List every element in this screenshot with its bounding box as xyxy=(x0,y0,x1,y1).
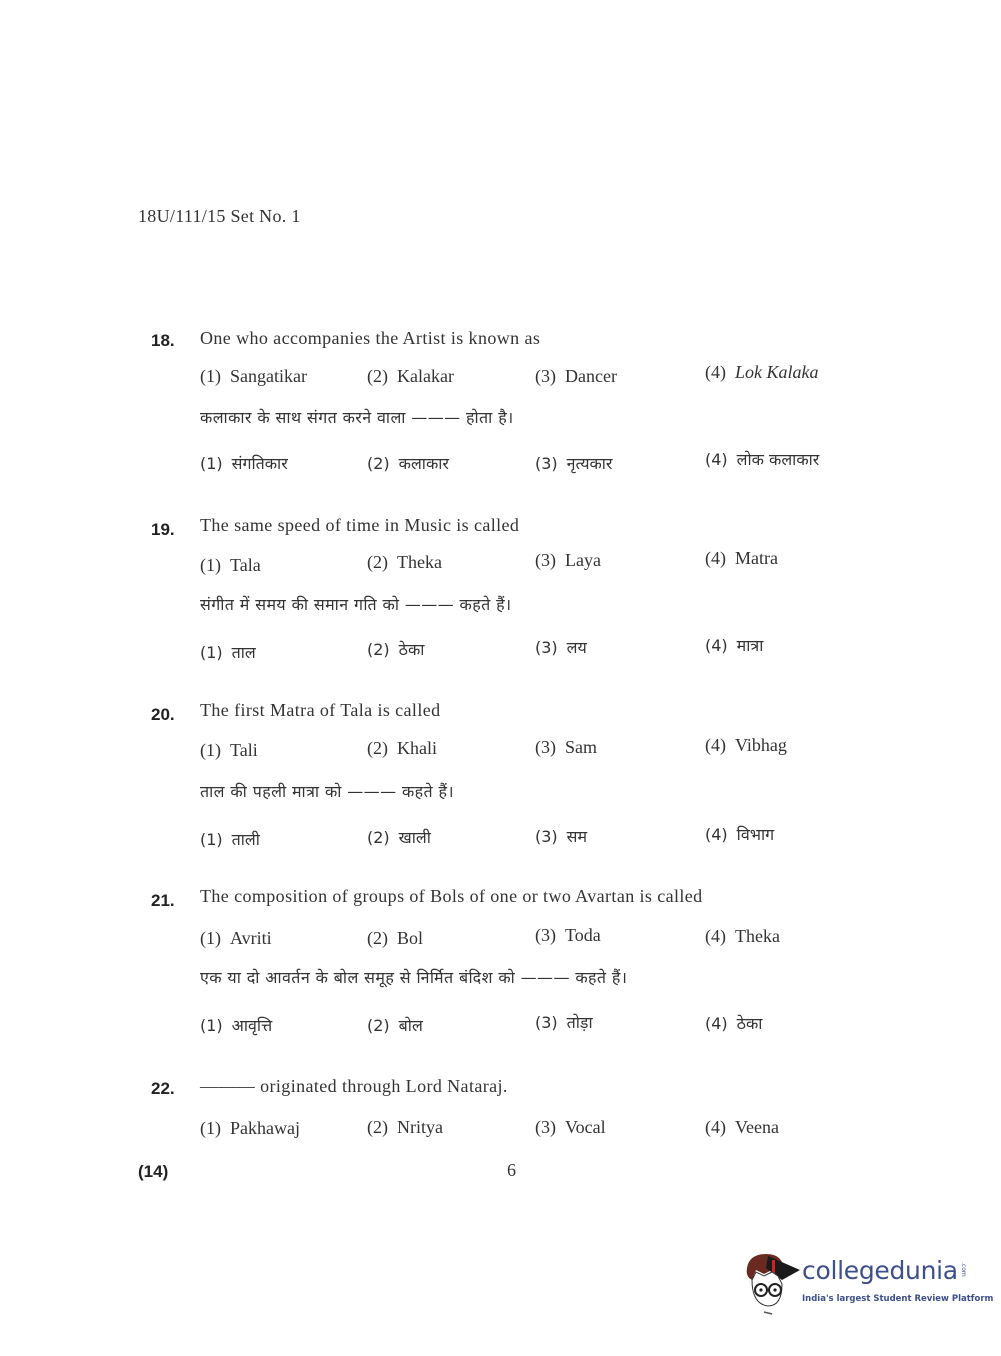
question-text-en: One who accompanies the Artist is known … xyxy=(200,328,540,349)
option-3: (3)Dancer xyxy=(535,366,617,387)
option-1: (1)ताल xyxy=(200,641,256,663)
options-hi: (1)आवृत्ति (2)बोल (3)तोड़ा (4)ठेका xyxy=(0,1014,1001,1040)
option-2: (2)Bol xyxy=(367,928,423,949)
option-2: (2)ठेका xyxy=(367,638,424,660)
option-4: (4)Lok Kalaka xyxy=(705,362,819,383)
option-3: (3)लय xyxy=(535,636,587,658)
brand-name: collegedunia xyxy=(802,1256,958,1285)
question-number: 22. xyxy=(151,1079,175,1099)
collegedunia-watermark: collegedunia .com India's largest Studen… xyxy=(742,1250,972,1320)
options-en: (1)Tala (2)Theka (3)Laya (4)Matra xyxy=(0,555,1001,581)
option-4: (4)मात्रा xyxy=(705,634,763,656)
option-2: (2)बोल xyxy=(367,1014,423,1036)
option-4: (4)Veena xyxy=(705,1117,779,1138)
question-text-hi: ताल की पहली मात्रा को ——— कहते हैं। xyxy=(200,780,454,802)
question-text-en: The same speed of time in Music is calle… xyxy=(200,515,519,536)
option-3: (3)Sam xyxy=(535,737,597,758)
option-3: (3)सम xyxy=(535,825,587,847)
option-3: (3)तोड़ा xyxy=(535,1011,593,1033)
question-text-en: ——— originated through Lord Nataraj. xyxy=(200,1076,508,1097)
question-text-hi: एक या दो आवर्तन के बोल समूह से निर्मित ब… xyxy=(200,966,627,988)
option-2: (2)कलाकार xyxy=(367,452,449,474)
option-4: (4)लोक कलाकार xyxy=(705,448,819,470)
question-number: 18. xyxy=(151,331,175,351)
option-4: (4)Matra xyxy=(705,548,778,569)
option-3: (3)Vocal xyxy=(535,1117,606,1138)
option-3: (3)Laya xyxy=(535,550,601,571)
options-hi: (1)संगतिकार (2)कलाकार (3)नृत्यकार (4)लोक… xyxy=(0,452,1001,478)
options-hi: (1)ताली (2)खाली (3)सम (4)विभाग xyxy=(0,828,1001,854)
question-number: 20. xyxy=(151,705,175,725)
option-4: (4)विभाग xyxy=(705,823,774,845)
question-number: 19. xyxy=(151,520,175,540)
option-4: (4)Vibhag xyxy=(705,735,787,756)
option-1: (1)Tali xyxy=(200,740,258,761)
option-1: (1)Pakhawaj xyxy=(200,1118,300,1139)
option-1: (1)Avriti xyxy=(200,928,272,949)
option-2: (2)खाली xyxy=(367,826,431,848)
options-hi: (1)ताल (2)ठेका (3)लय (4)मात्रा xyxy=(0,641,1001,667)
question-text-en: The first Matra of Tala is called xyxy=(200,700,441,721)
option-2: (2)Khali xyxy=(367,738,437,759)
option-2: (2)Kalakar xyxy=(367,366,454,387)
page-number: 6 xyxy=(507,1160,516,1181)
question-number: 21. xyxy=(151,891,175,911)
brand-suffix: .com xyxy=(960,1262,967,1277)
footer-code: (14) xyxy=(138,1162,168,1182)
header-code: 18U/111/15 Set No. 1 xyxy=(138,206,301,227)
options-en: (1)Avriti (2)Bol (3)Toda (4)Theka xyxy=(0,928,1001,954)
option-1: (1)संगतिकार xyxy=(200,452,288,474)
option-4: (4)ठेका xyxy=(705,1012,762,1034)
question-text-hi: कलाकार के साथ संगत करने वाला ——— होता है… xyxy=(200,406,514,428)
option-2: (2)Nritya xyxy=(367,1117,443,1138)
option-3: (3)Toda xyxy=(535,925,601,946)
option-3: (3)नृत्यकार xyxy=(535,452,612,474)
question-text-hi: संगीत में समय की समान गति को ——— कहते है… xyxy=(200,593,512,615)
option-1: (1)ताली xyxy=(200,828,260,850)
options-en: (1)Tali (2)Khali (3)Sam (4)Vibhag xyxy=(0,740,1001,766)
brand-tagline: India's largest Student Review Platform xyxy=(802,1294,993,1304)
mascot-icon xyxy=(742,1250,804,1316)
option-1: (1)Tala xyxy=(200,555,261,576)
option-1: (1)Sangatikar xyxy=(200,366,307,387)
option-4: (4)Theka xyxy=(705,926,780,947)
option-1: (1)आवृत्ति xyxy=(200,1014,272,1036)
question-text-en: The composition of groups of Bols of one… xyxy=(200,886,703,907)
options-en: (1)Sangatikar (2)Kalakar (3)Dancer (4)Lo… xyxy=(0,366,1001,392)
options-en: (1)Pakhawaj (2)Nritya (3)Vocal (4)Veena xyxy=(0,1118,1001,1144)
option-2: (2)Theka xyxy=(367,552,442,573)
